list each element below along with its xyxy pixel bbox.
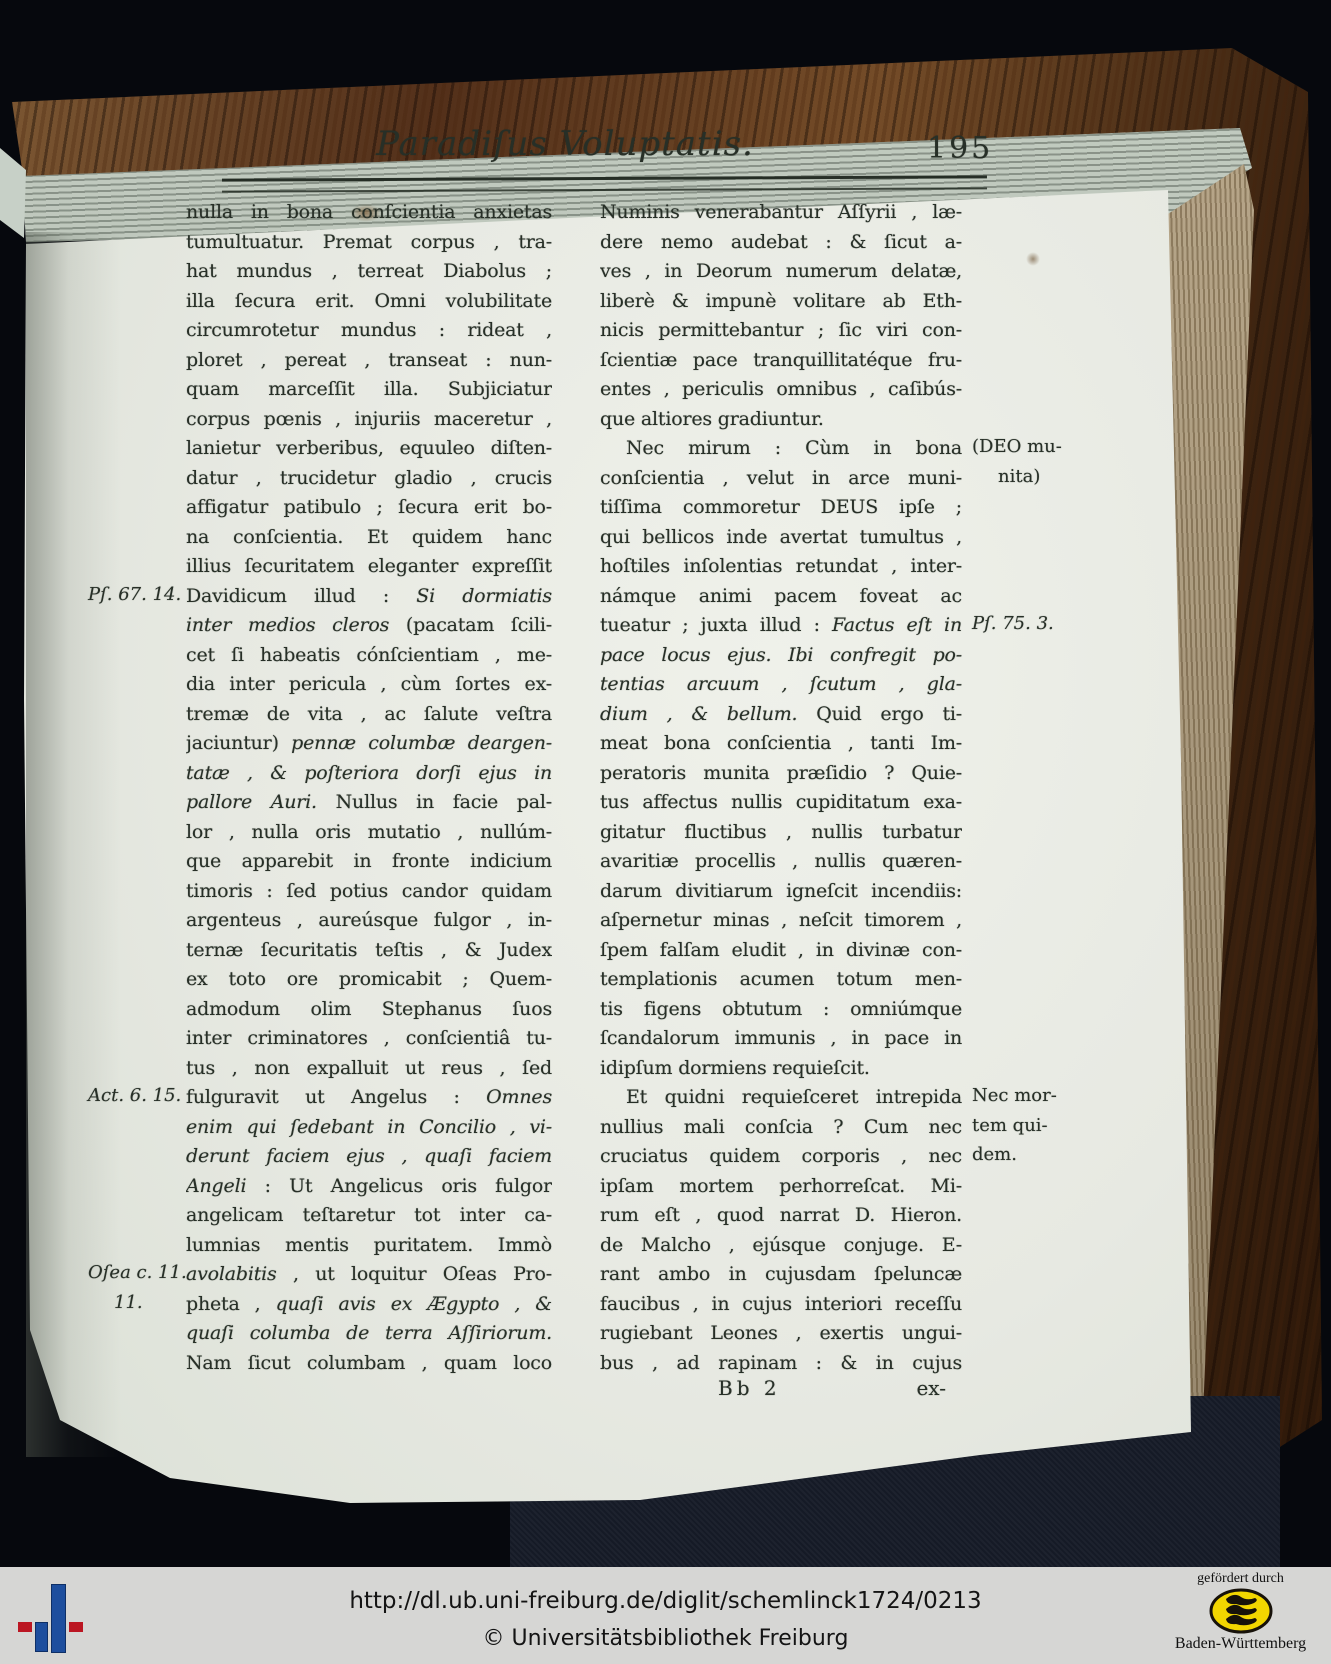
text-line: Numinis venerabantur Aſſyrii , læ- bbox=[600, 198, 962, 228]
text-line: inter medios cleros (pacatam ſcili- bbox=[186, 611, 552, 641]
text-line: Nec mirum : Cùm in bona bbox=[600, 434, 962, 464]
text-line: que apparebit in fronte indicium bbox=[186, 847, 552, 877]
text-line: Et quidni requieſceret intrepida bbox=[600, 1083, 962, 1113]
text-line: rugiebant Leones , exertis ungui- bbox=[600, 1319, 962, 1349]
ink-stain bbox=[1026, 252, 1040, 266]
text-line: affigatur patibulo ; ſecura erit bo- bbox=[186, 493, 552, 523]
text-line: tus affectus nullis cupiditatum exa- bbox=[600, 788, 962, 818]
text-line: angelicam teſtaretur tot inter ca- bbox=[186, 1201, 552, 1231]
text-line: de Malcho , ejúsque conjuge. E- bbox=[600, 1231, 962, 1261]
text-line: tremæ de vita , ac ſalute veſtra bbox=[186, 700, 552, 730]
text-line: ſcientiæ pace tranquillitatéque fru- bbox=[600, 346, 962, 376]
margin-note: dem. bbox=[972, 1140, 1017, 1170]
margin-note: 11. bbox=[88, 1288, 143, 1318]
text-line: tentias arcuum , ſcutum , gla- bbox=[600, 670, 962, 700]
text-line: timoris : ſed potius candor quidam bbox=[186, 877, 552, 907]
text-line: ves , in Deorum numerum delatæ, bbox=[600, 257, 962, 287]
text-line: na conſcientia. Et quidem hanc bbox=[186, 523, 552, 553]
text-line: rum eſt , quod narrat D. Hieron. bbox=[600, 1201, 962, 1231]
text-line: lumnias mentis puritatem. Immò bbox=[186, 1231, 552, 1261]
text-line: Nam ſicut columbam , quam loco bbox=[186, 1349, 552, 1379]
text-line: inter criminatores , conſcientiâ tu- bbox=[186, 1024, 552, 1054]
text-line: faucibus , in cujus interiori receſſu bbox=[600, 1290, 962, 1320]
text-line: lanietur verberibus, equuleo diſten- bbox=[186, 434, 552, 464]
source-url[interactable]: http://dl.ub.uni-freiburg.de/diglit/sche… bbox=[0, 1588, 1331, 1614]
text-line: liberè & impunè volitare ab Eth- bbox=[600, 287, 962, 317]
text-line: cruciatus quidem corporis , nec bbox=[600, 1142, 962, 1172]
text-line: ipſam mortem perhorreſcat. Mi- bbox=[600, 1172, 962, 1202]
text-line: idipſum dormiens requieſcit. bbox=[600, 1054, 962, 1084]
text-line: tueatur ; juxta illud : Factus eſt in bbox=[600, 611, 962, 641]
margin-note: (DEO mu- bbox=[972, 432, 1062, 462]
text-line: tus , non expalluit ut reus , ſed bbox=[186, 1054, 552, 1084]
text-line: quaſi columba de terra Aſſiriorum. bbox=[186, 1319, 552, 1349]
funded-by-name: Baden-Württemberg bbox=[1158, 1635, 1323, 1653]
text-line: nulla in bona conſcientia anxietas bbox=[186, 198, 552, 228]
text-line: illius ſecuritatem eleganter expreſſit bbox=[186, 552, 552, 582]
text-line: cet ſi habeatis cónſcientiam , me- bbox=[186, 641, 552, 671]
margin-note: tem qui- bbox=[972, 1111, 1048, 1141]
text-line: Davidicum illud : Si dormiatis bbox=[186, 582, 552, 612]
text-line: que altiores gradiuntur. bbox=[600, 405, 962, 435]
text-line: námque animi pacem foveat ac bbox=[600, 582, 962, 612]
running-title: Paradiſus Voluptatis. bbox=[235, 124, 895, 164]
text-line: derunt faciem ejus , quaſi faciem bbox=[186, 1142, 552, 1172]
catchword: ex- bbox=[916, 1376, 946, 1400]
text-line: lor , nulla oris mutatio , nullúm- bbox=[186, 818, 552, 848]
text-line: tumultuatur. Premat corpus , tra- bbox=[186, 228, 552, 258]
baden-wuerttemberg-coat-of-arms-icon bbox=[1209, 1588, 1273, 1634]
text-line: quam marceſſit illa. Subjiciatur bbox=[186, 375, 552, 405]
text-line: nullius mali conſcia ? Cum nec bbox=[600, 1113, 962, 1143]
book-scan-photo: Paradiſus Voluptatis. 195 Pſ. 67. 14.Act… bbox=[0, 0, 1331, 1664]
text-line: datur , trucidetur gladio , crucis bbox=[186, 464, 552, 494]
footer-bar: http://dl.ub.uni-freiburg.de/diglit/sche… bbox=[0, 1567, 1331, 1664]
text-line: aſpernetur minas , neſcit timorem , bbox=[600, 906, 962, 936]
margin-note: Act. 6. 15. bbox=[88, 1081, 181, 1111]
text-line: nicis permittebantur ; ſic viri con- bbox=[600, 316, 962, 346]
margin-note: Pſ. 67. 14. bbox=[88, 580, 181, 610]
copyright-notice: © Universitätsbibliothek Freiburg bbox=[0, 1626, 1331, 1651]
text-column-left: nulla in bona conſcientia anxietastumult… bbox=[186, 198, 552, 1378]
funding-block: gefördert durch Baden-Württemberg bbox=[1158, 1571, 1323, 1653]
margin-note: Oſea c. 11. bbox=[88, 1258, 187, 1288]
text-line: ſcandalorum immunis , in pace in bbox=[600, 1024, 962, 1054]
text-line: tis figens obtutum : omniúmque bbox=[600, 995, 962, 1025]
text-line: darum divitiarum igneſcit incendiis: bbox=[600, 877, 962, 907]
text-line: ſpem falſam eludit , in divinæ con- bbox=[600, 936, 962, 966]
text-line: ploret , pereat , transeat : nun- bbox=[186, 346, 552, 376]
margin-note: Nec mor- bbox=[972, 1081, 1057, 1111]
text-line: rant ambo in cujusdam ſpeluncæ bbox=[600, 1260, 962, 1290]
page-number: 195 bbox=[927, 131, 993, 166]
text-column-right: Numinis venerabantur Aſſyrii , læ-dere n… bbox=[600, 198, 962, 1378]
text-line: gitatur fluctibus , nullis turbatur bbox=[600, 818, 962, 848]
signature-row: Bb 2 ex- bbox=[600, 1376, 962, 1406]
text-line: fulguravit ut Angelus : Omnes bbox=[186, 1083, 552, 1113]
text-line: bus , ad rapinam : & in cujus bbox=[600, 1349, 962, 1379]
text-line: entes , periculis omnibus , caſibús- bbox=[600, 375, 962, 405]
text-line: pheta , quaſi avis ex Ægypto , & bbox=[186, 1290, 552, 1320]
text-line: pallore Auri. Nullus in facie pal- bbox=[186, 788, 552, 818]
funded-by-label: gefördert durch bbox=[1158, 1571, 1323, 1587]
text-line: templationis acumen totum men- bbox=[600, 965, 962, 995]
text-line: avolabitis , ut loquitur Oſeas Pro- bbox=[186, 1260, 552, 1290]
text-line: hoſtiles inſolentias retundat , inter- bbox=[600, 552, 962, 582]
text-line: dere nemo audebat : & ſicut a- bbox=[600, 228, 962, 258]
margin-note: nita) bbox=[972, 462, 1040, 492]
text-line: circumrotetur mundus : rideat , bbox=[186, 316, 552, 346]
text-line: argenteus , aureúsque fulgor , in- bbox=[186, 906, 552, 936]
text-line: qui bellicos inde avertat tumultus , bbox=[600, 523, 962, 553]
text-line: hat mundus , terreat Diabolus ; bbox=[186, 257, 552, 287]
text-line: ternæ ſecuritatis teſtis , & Judex bbox=[186, 936, 552, 966]
text-line: jaciuntur) pennæ columbæ deargen- bbox=[186, 729, 552, 759]
text-line: ex toto ore promicabit ; Quem- bbox=[186, 965, 552, 995]
text-line: tatæ , & poſteriora dorſi ejus in bbox=[186, 759, 552, 789]
text-line: peratoris munita præſidio ? Quie- bbox=[600, 759, 962, 789]
text-line: dium , & bellum. Quid ergo ti- bbox=[600, 700, 962, 730]
text-line: Angeli : Ut Angelicus oris fulgor bbox=[186, 1172, 552, 1202]
text-line: illa ſecura erit. Omni volubilitate bbox=[186, 287, 552, 317]
text-line: enim qui ſedebant in Concilio , vi- bbox=[186, 1113, 552, 1143]
margin-note: Pſ. 75. 3. bbox=[972, 609, 1054, 639]
text-line: conſcientia , velut in arce muni- bbox=[600, 464, 962, 494]
text-line: meat bona conſcientia , tanti Im- bbox=[600, 729, 962, 759]
text-line: avaritiæ procellis , nullis quæren- bbox=[600, 847, 962, 877]
gathering-signature: Bb 2 bbox=[718, 1376, 781, 1400]
text-line: dia inter pericula , cùm ſortes ex- bbox=[186, 670, 552, 700]
text-line: admodum olim Stephanus ſuos bbox=[186, 995, 552, 1025]
text-line: corpus pœnis , injuriis maceretur , bbox=[186, 405, 552, 435]
text-line: pace locus ejus. Ibi confregit po- bbox=[600, 641, 962, 671]
text-line: tiſſima commoretur DEUS ipſe ; bbox=[600, 493, 962, 523]
